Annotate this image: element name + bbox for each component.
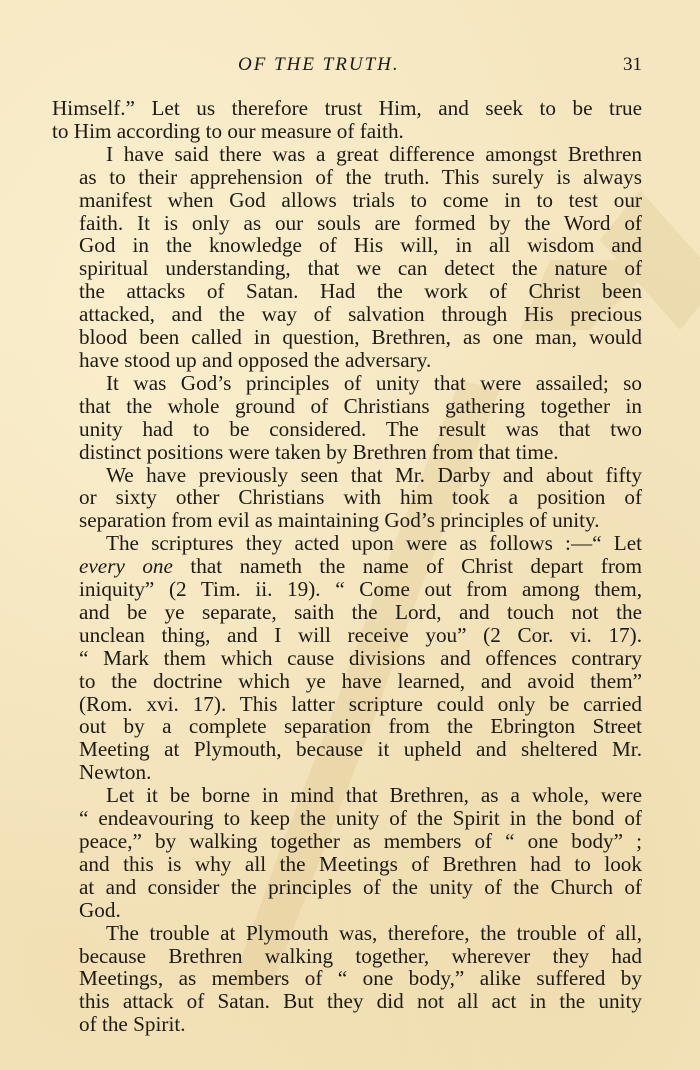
- running-title: OF THE TRUTH.: [238, 54, 400, 76]
- text-line: faith. It is only as our souls are forme…: [52, 212, 642, 235]
- paragraph: The trouble at Plymouth was, therefore, …: [52, 922, 642, 1037]
- text-line: every one that nameth the name of Christ…: [52, 555, 642, 578]
- text-line: Let it be borne in mind that Brethren, a…: [52, 784, 642, 807]
- paragraph: Himself.” Let us therefore trust Him, an…: [52, 97, 642, 143]
- text-line: to the doctrine which ye have learned, a…: [52, 670, 642, 693]
- paragraph: I have said there was a great difference…: [52, 143, 642, 372]
- paragraph: Let it be borne in mind that Brethren, a…: [52, 784, 642, 921]
- text-line: and be ye separate, saith the Lord, and …: [52, 601, 642, 624]
- text-line: Meetings, as members of “ one body,” ali…: [52, 967, 642, 990]
- page-number: 31: [623, 54, 642, 76]
- text-line: “ endeavouring to keep the unity of the …: [52, 807, 642, 830]
- italic-emphasis: every one: [79, 554, 173, 578]
- text-line: The scriptures they acted upon were as f…: [52, 532, 642, 555]
- text-line: Himself.” Let us therefore trust Him, an…: [52, 97, 642, 120]
- text-line: iniquity” (2 Tim. ii. 19). “ Come out fr…: [52, 578, 642, 601]
- running-head: OF THE TRUTH. 31: [52, 54, 642, 84]
- paragraph: It was God’s principles of unity that we…: [52, 372, 642, 464]
- text-line: I have said there was a great difference…: [52, 143, 642, 166]
- text-line: or sixty other Christians with him took …: [52, 486, 642, 509]
- text-line: “ Mark them which cause divisions and of…: [52, 647, 642, 670]
- text-line: God.: [52, 899, 642, 922]
- text-line: spiritual understanding, that we can det…: [52, 257, 642, 280]
- text-line: separation from evil as maintaining God’…: [52, 509, 642, 532]
- text-line: It was God’s principles of unity that we…: [52, 372, 642, 395]
- text-line: unity had to be considered. The result w…: [52, 418, 642, 441]
- text-line: and this is why all the Meetings of Bret…: [52, 853, 642, 876]
- text-line: blood been called in question, Brethren,…: [52, 326, 642, 349]
- text-line: We have previously seen that Mr. Darby a…: [52, 464, 642, 487]
- text-line: unclean thing, and I will receive you” (…: [52, 624, 642, 647]
- text-line: at and consider the principles of the un…: [52, 876, 642, 899]
- text-line: Newton.: [52, 761, 642, 784]
- text-line: distinct positions were taken by Brethre…: [52, 441, 642, 464]
- text-line: Meeting at Plymouth, because it upheld a…: [52, 738, 642, 761]
- text-line: have stood up and opposed the adversary.: [52, 349, 642, 372]
- text-line: out by a complete separation from the Eb…: [52, 715, 642, 738]
- text-line: as to their apprehension of the truth. T…: [52, 166, 642, 189]
- text-line: (Rom. xvi. 17). This latter scripture co…: [52, 693, 642, 716]
- text-line: peace,” by walking together as members o…: [52, 830, 642, 853]
- paragraph: We have previously seen that Mr. Darby a…: [52, 464, 642, 533]
- text-line: of the Spirit.: [52, 1013, 642, 1036]
- body-text: Himself.” Let us therefore trust Him, an…: [52, 97, 642, 1036]
- text-line: to Him according to our measure of faith…: [52, 120, 642, 143]
- text-line: manifest when God allows trials to come …: [52, 189, 642, 212]
- text-line: attacked, and the way of salvation throu…: [52, 303, 642, 326]
- text-line: The trouble at Plymouth was, therefore, …: [52, 922, 642, 945]
- line-remainder: that nameth the name of Christ depart fr…: [173, 554, 642, 578]
- paragraph: The scriptures they acted upon were as f…: [52, 532, 642, 784]
- text-line: because Brethren walking together, where…: [52, 945, 642, 968]
- text-line: the attacks of Satan. Had the work of Ch…: [52, 280, 642, 303]
- text-line: that the whole ground of Christians gath…: [52, 395, 642, 418]
- text-line: God in the knowledge of His will, in all…: [52, 234, 642, 257]
- text-line: this attack of Satan. But they did not a…: [52, 990, 642, 1013]
